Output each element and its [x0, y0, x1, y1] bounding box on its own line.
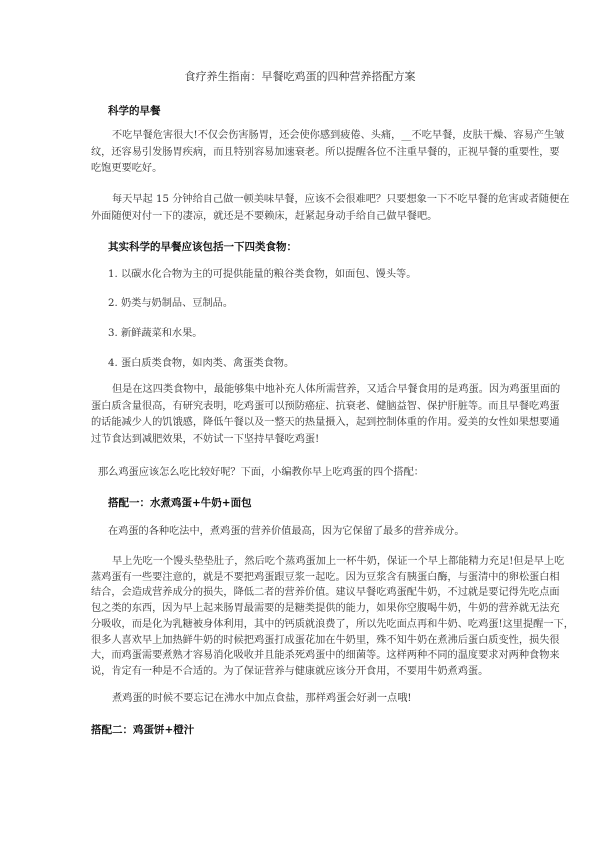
paragraph-line: 纹，还容易引发肠胃疾病，而且特别容易加速衰老。所以提醒各位不注重早餐的，正视早餐… [91, 145, 511, 162]
paragraph-line: 不吃早餐危害很大!不仅会伤害肠胃，还会使你感到疲倦、头痛，__不吃早餐，皮肤干燥… [91, 128, 511, 145]
paragraph-eggs-benefits: 但是在这四类食物中，最能够集中地补充人体所需营养，又适合早餐食用的是鸡蛋。因为鸡… [91, 382, 511, 448]
paragraph-line: 的话能减少人的饥饿感，降低午餐以及一整天的热量摄入，起到控制体重的作用。爱美的女… [91, 415, 511, 432]
list-item-2: 2. 奶类与奶制品、豆制品。 [108, 296, 233, 313]
document-title: 食疗养生指南：早餐吃鸡蛋的四种营养搭配方案 [0, 68, 600, 84]
paragraph-breakfast-harm: 不吃早餐危害很大!不仅会伤害肠胃，还会使你感到疲倦、头痛，__不吃早餐，皮肤干燥… [91, 128, 511, 178]
heading-combo-2: 搭配二：鸡蛋饼+橙汁 [91, 722, 194, 737]
heading-four-food-types: 其实科学的早餐应该包括一下四类食物： [108, 239, 297, 254]
document-page: 食疗养生指南：早餐吃鸡蛋的四种营养搭配方案 科学的早餐 不吃早餐危害很大!不仅会… [0, 0, 600, 848]
paragraph-line: 说，肯定有一种是不合适的。为了保证营养与健康就应该分开食用，不要用牛奶煮鸡蛋。 [91, 664, 511, 680]
paragraph-line: 过节食达到减肥效果，不妨试一下坚持早餐吃鸡蛋! [91, 432, 511, 449]
paragraph-line: 大，而鸡蛋需要煮熟才容易消化吸收并且能杀死鸡蛋中的细菌等。这样两种不同的温度要求… [91, 648, 511, 664]
paragraph-line: 结合，会造成营养成分的损失，降低二者的营养价值。建议早餐吃鸡蛋配牛奶，不过就是要… [91, 585, 511, 601]
paragraph-line: 包之类的东西，因为早上起来肠胃最需要的是糖类提供的能力，如果你空腹喝牛奶，牛奶的… [91, 601, 511, 617]
list-item-1: 1. 以碳水化合物为主的可提供能量的粮谷类食物，如面包、馒头等。 [108, 267, 416, 284]
list-item-4: 4. 蛋白质类食物，如肉类、禽蛋类食物。 [108, 356, 294, 373]
paragraph-line: 蒸鸡蛋有一些要注意的，就是不要把鸡蛋跟豆浆一起吃。因为豆浆含有胰蛋白酶，与蛋清中… [91, 570, 511, 586]
paragraph-line: 但是在这四类食物中，最能够集中地补充人体所需营养，又适合早餐食用的是鸡蛋。因为鸡… [91, 382, 511, 399]
paragraph-line: 吃饱更要吃好。 [91, 161, 511, 178]
paragraph-salt-tip: 煮鸡蛋的时候不要忘记在沸水中加点食盐，那样鸡蛋会好剥一点哦! [112, 691, 412, 708]
paragraph-boiled-egg: 在鸡蛋的各种吃法中，煮鸡蛋的营养价值最高，因为它保留了最多的营养成分。 [108, 524, 465, 541]
paragraph-combo-1-details: 早上先吃一个馒头垫垫肚子，然后吃个蒸鸡蛋加上一杯牛奶，保证一个早上都能精力充足!… [91, 554, 511, 680]
paragraph-how-to-eat: 那么鸡蛋应该怎么吃比较好呢？下面，小编教你早上吃鸡蛋的四个搭配： [98, 465, 424, 482]
paragraph-line: 蛋白质含量很高，有研究表明，吃鸡蛋可以预防癌症、抗衰老、健脑益智、保护肝脏等。而… [91, 399, 511, 416]
paragraph-line: 分吸收，而是化为乳糖被身体利用，其中的钙质就浪费了，所以先吃面点再和牛奶、吃鸡蛋… [91, 617, 511, 633]
heading-scientific-breakfast: 科学的早餐 [108, 103, 161, 118]
paragraph-line: 每天早起 15 分钟给自己做一顿美味早餐，应该不会很难吧？只要想象一下不吃早餐的… [91, 192, 511, 209]
list-item-3: 3. 新鲜蔬菜和水果。 [108, 326, 202, 343]
heading-combo-1: 搭配一：水煮鸡蛋+牛奶+面包 [108, 495, 252, 510]
paragraph-line: 很多人喜欢早上加热鲜牛奶的时候把鸡蛋打成蛋花加在牛奶里，殊不知牛奶在煮沸后蛋白质… [91, 633, 511, 649]
paragraph-line: 早上先吃一个馒头垫垫肚子，然后吃个蒸鸡蛋加上一杯牛奶，保证一个早上都能精力充足!… [91, 554, 511, 570]
paragraph-line: 外面随便对付一下的凄凉，就还是不要赖床，赶紧起身动手给自己做早餐吧。 [91, 209, 511, 226]
paragraph-15-minutes: 每天早起 15 分钟给自己做一顿美味早餐，应该不会很难吧？只要想象一下不吃早餐的… [91, 192, 511, 225]
